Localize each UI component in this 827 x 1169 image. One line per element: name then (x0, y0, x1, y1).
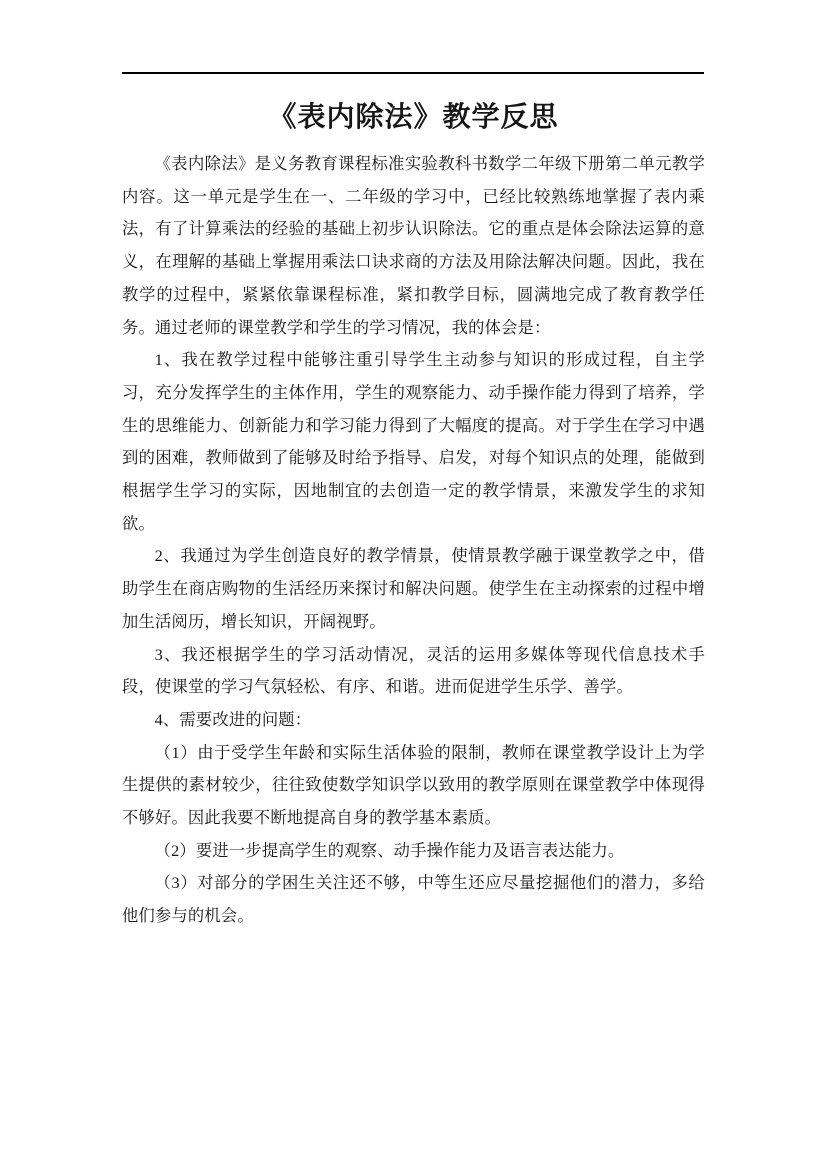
paragraph-improvement-1: （1）由于受学生年龄和实际生活体验的限制，教师在课堂教学设计上为学生提供的素材较… (122, 737, 705, 835)
paragraph-point-1: 1、我在教学过程中能够注重引导学生主动参与知识的形成过程，自主学习，充分发挥学生… (122, 344, 705, 540)
document-page: 《表内除法》教学反思 《表内除法》是义务教育课程标准实验教科书数学二年级下册第二… (0, 0, 827, 1169)
paragraph-point-2: 2、我通过为学生创造良好的教学情景，使情景教学融于课堂教学之中，借助学生在商店购… (122, 540, 705, 638)
document-title: 《表内除法》教学反思 (122, 95, 705, 135)
paragraph-point-4-heading: 4、需要改进的问题： (122, 704, 705, 737)
paragraph-point-3: 3、我还根据学生的学习活动情况，灵活的运用多媒体等现代信息技术手段，使课堂的学习… (122, 639, 705, 704)
paragraph-improvement-3: （3）对部分的学困生关注还不够，中等生还应尽量挖掘他们的潜力，多给他们参与的机会… (122, 867, 705, 932)
paragraph-intro: 《表内除法》是义务教育课程标准实验教科书数学二年级下册第二单元教学内容。这一单元… (122, 148, 705, 344)
paragraph-improvement-2: （2）要进一步提高学生的观察、动手操作能力及语言表达能力。 (122, 835, 705, 868)
document-body: 《表内除法》是义务教育课程标准实验教科书数学二年级下册第二单元教学内容。这一单元… (122, 148, 705, 933)
header-rule (122, 72, 704, 74)
